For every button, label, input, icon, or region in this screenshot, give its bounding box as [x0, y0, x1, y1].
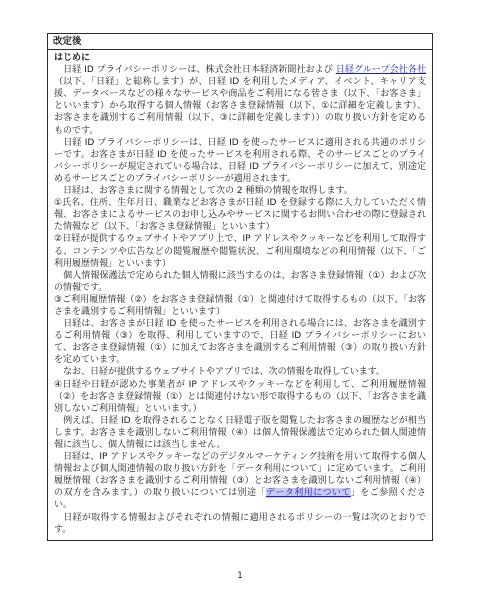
document-page: 改定後 はじめに 日経 ID プライバシーポリシーは、株式会社日本経済新聞社およ… [0, 0, 480, 609]
paragraph-personal-info-law: 個人情報保護法で定められた個人情報に該当するのは、お客さま登録情報（①）および次… [54, 270, 426, 294]
paragraph-example-denshiban: 例えば、日経 ID を取得されることなく日経電子版を閲覧したお客さまの履歴などが… [54, 415, 426, 451]
paragraph-two-types: 日経は、お客さまに関する情報として次の 2 種類の情報を取得します。 [54, 185, 426, 197]
paragraph-item-1-registration-info: ①氏名、住所、生年月日、職業などお客さまが日経 ID を登録する際に入力していた… [54, 197, 426, 233]
paragraph-data-use-policy: 日経は、IP アドレスやクッキーなどのデジタルマーケティング技術を用いて取得する… [54, 451, 426, 511]
text-run: なお、日経が提供するウェブサイトやアプリでは、次の情報を取得しています。 [54, 367, 385, 377]
paragraph-policy-list-intro: 日経が取得する情報およびそれぞれの情報に適用されるポリシーの一覧は次のとおりです… [54, 512, 426, 536]
nikkei-group-companies-link[interactable]: 日経グループ会社各社 [336, 65, 426, 75]
text-run: 日経は、お客さまに関する情報として次の 2 種類の情報を取得します。 [54, 186, 353, 196]
text-run: 日経 ID プライバシーポリシーは、株式会社日本経済新聞社および [54, 65, 336, 75]
text-run: 例えば、日経 ID を取得されることなく日経電子版を閲覧したお客さまの履歴などが… [54, 416, 426, 450]
revision-table: 改定後 はじめに 日経 ID プライバシーポリシーは、株式会社日本経済新聞社およ… [47, 33, 433, 541]
paragraph-policy-scope: 日経 ID プライバシーポリシーは、株式会社日本経済新聞社および 日経グループ会… [54, 64, 426, 137]
page-number: 1 [0, 571, 480, 581]
revision-status-header: 改定後 [48, 34, 432, 50]
text-run: （以下、「日経」と総称します）が、日経 ID を利用したメディア、イベント、キャ… [54, 77, 426, 135]
text-run: はじめに [54, 53, 90, 63]
document-body: はじめに 日経 ID プライバシーポリシーは、株式会社日本経済新聞社および 日経… [48, 50, 432, 540]
text-run: 日経は、お客さまが日経 ID を使ったサービスを利用される場合には、お客さまを識… [54, 319, 426, 365]
paragraph-common-policy: 日経 ID プライバシーポリシーは、日経 ID を使ったサービスに適用される共通… [54, 137, 426, 185]
text-run: ②日経が提供するウェブサイトやアプリ上で、IP アドレスやクッキーなどを利用して… [54, 234, 426, 268]
text-run: ①氏名、住所、生年月日、職業などお客さまが日経 ID を登録する際に入力していた… [54, 198, 426, 232]
text-run: 日経 ID プライバシーポリシーは、日経 ID を使ったサービスに適用される共通… [54, 138, 426, 184]
text-run: ④日経や日経が認めた事業者が IP アドレスやクッキーなどを利用して、ご利用履歴… [54, 380, 426, 414]
section-heading-hajimeni: はじめに [54, 52, 426, 64]
data-use-link[interactable]: データ利用について [266, 488, 351, 498]
paragraph-item-3-identifiable-usage: ③ご利用履歴情報（②）をお客さま登録情報（①）と関連付けて取得するもの（以下、「… [54, 294, 426, 318]
text-run: 個人情報保護法で定められた個人情報に該当するのは、お客さま登録情報（①）および次… [54, 271, 426, 293]
paragraph-identifiable-policy: 日経は、お客さまが日経 ID を使ったサービスを利用される場合には、お客さまを識… [54, 318, 426, 366]
text-run: ③ご利用履歴情報（②）をお客さま登録情報（①）と関連付けて取得するもの（以下、「… [54, 295, 426, 317]
paragraph-item-4-non-identifiable: ④日経や日経が認めた事業者が IP アドレスやクッキーなどを利用して、ご利用履歴… [54, 379, 426, 415]
text-run: 日経が取得する情報およびそれぞれの情報に適用されるポリシーの一覧は次のとおりです… [54, 513, 426, 535]
paragraph-additional-info-note: なお、日経が提供するウェブサイトやアプリでは、次の情報を取得しています。 [54, 366, 426, 378]
paragraph-item-2-usage-history: ②日経が提供するウェブサイトやアプリ上で、IP アドレスやクッキーなどを利用して… [54, 233, 426, 269]
